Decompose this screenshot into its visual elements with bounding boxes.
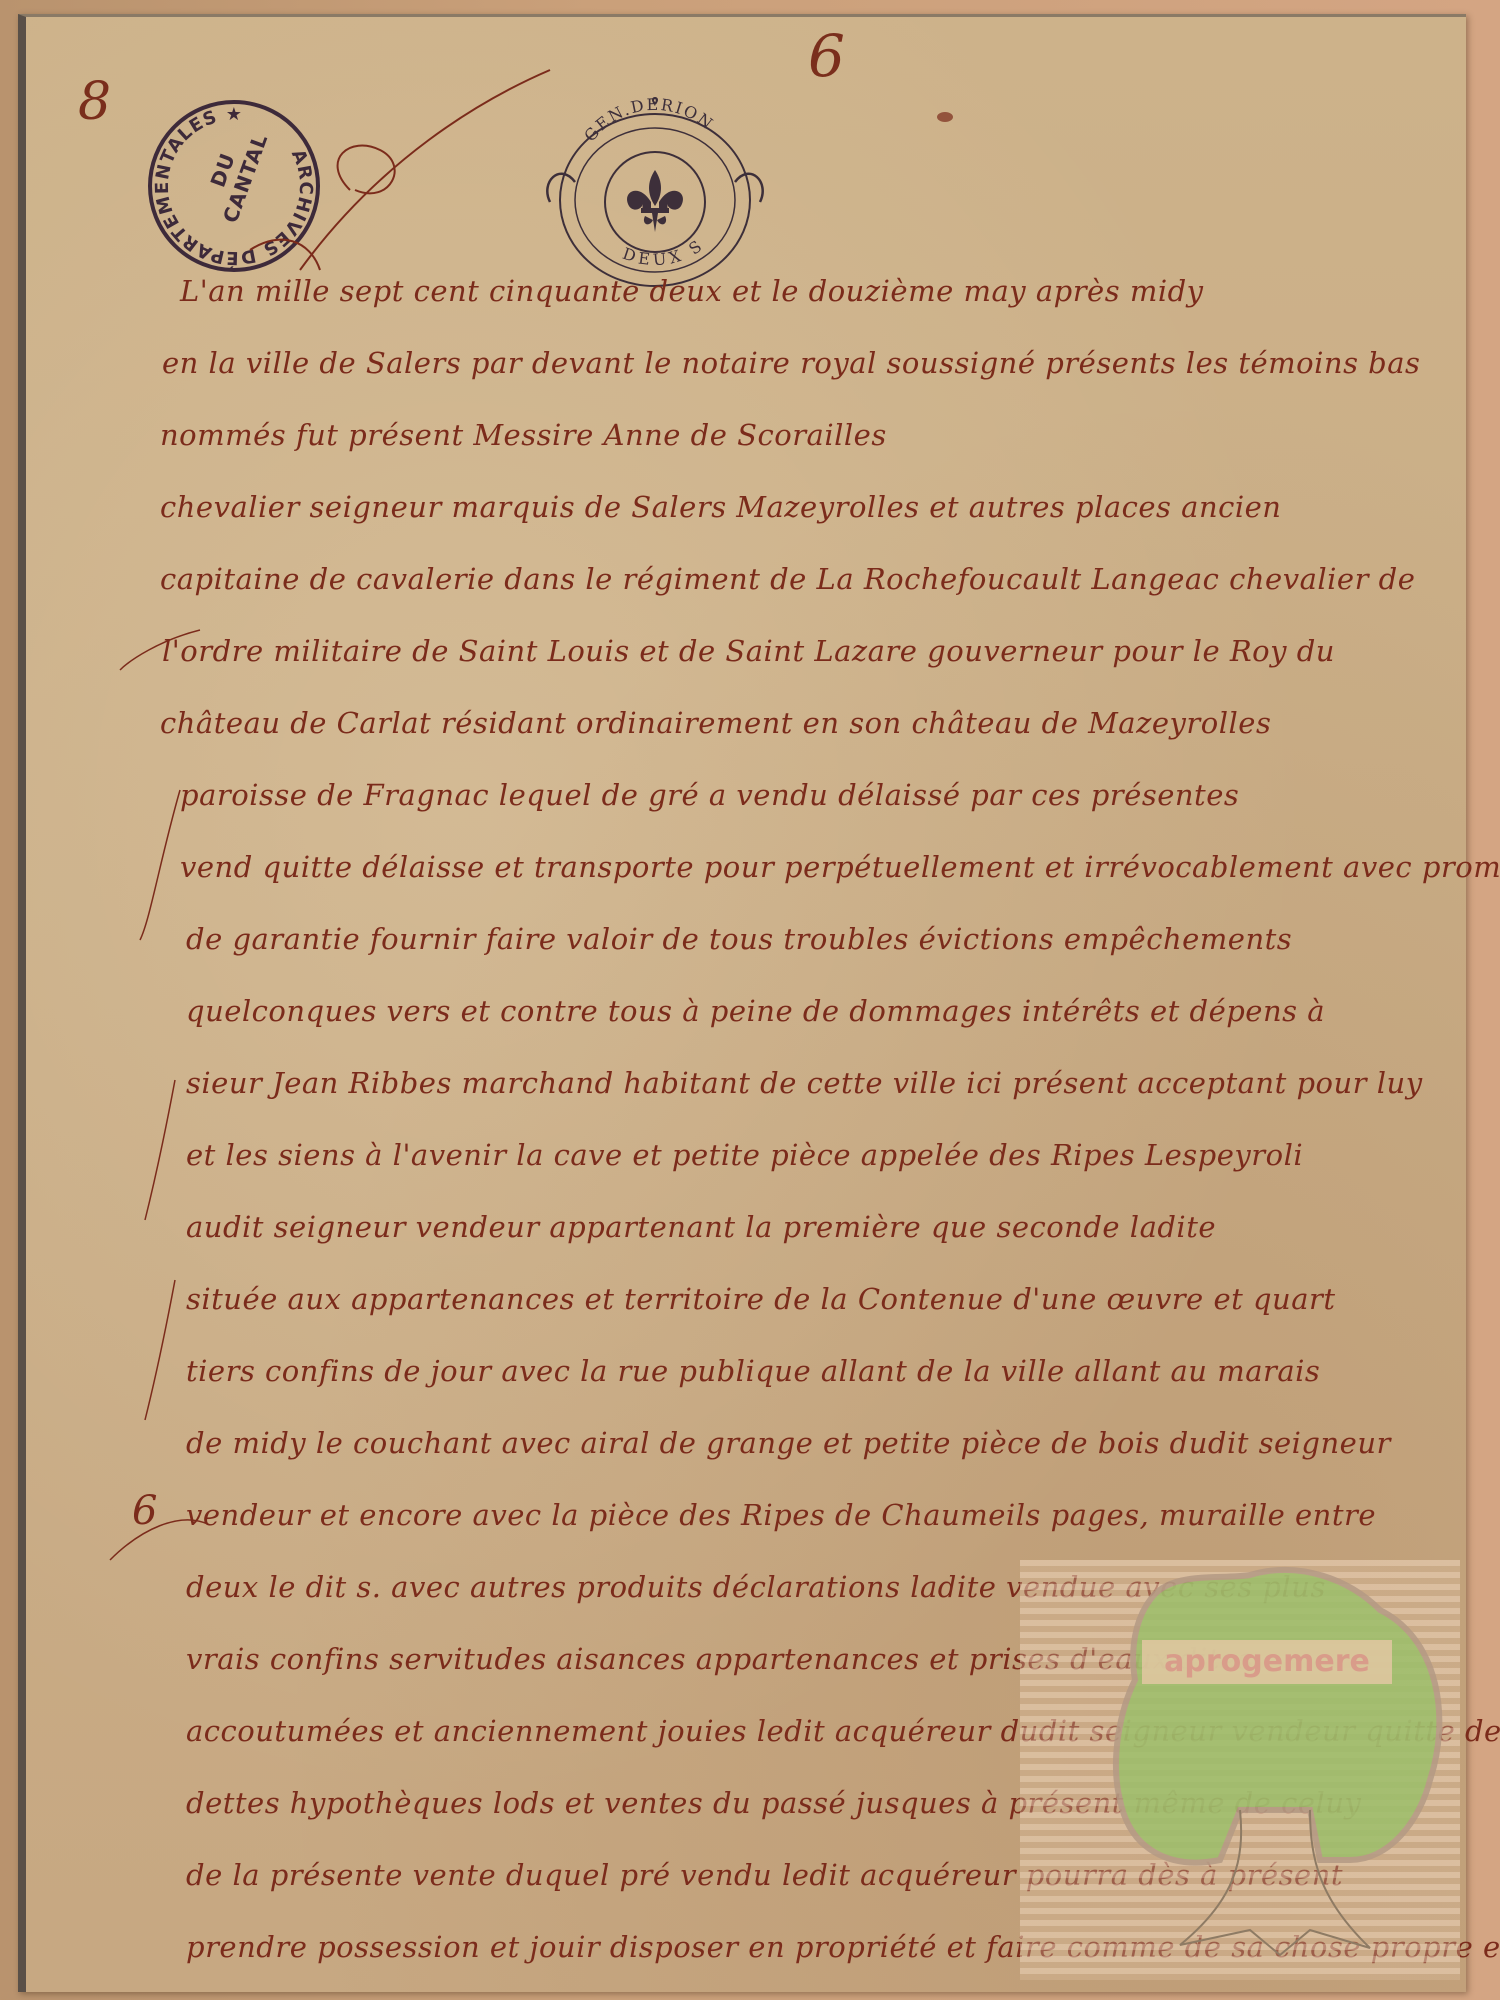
manuscript-line-8: paroisse de Fragnac lequel de gré a vend… [150, 759, 1450, 831]
folio-mark-top-left: 8 [78, 72, 111, 132]
manuscript-line-13: et les siens à l'avenir la cave et petit… [150, 1119, 1450, 1191]
watermark-label: aprogemere [1142, 1640, 1392, 1684]
manuscript-line-3: nommés fut présent Messire Anne de Scora… [150, 399, 1450, 471]
manuscript-line-11: quelconques vers et contre tous à peine … [150, 975, 1450, 1047]
manuscript-line-6: l'ordre militaire de Saint Louis et de S… [150, 615, 1450, 687]
manuscript-line-10: de garantie fournir faire valoir de tous… [150, 903, 1450, 975]
manuscript-line-1: L'an mille sept cent cinquante deux et l… [150, 255, 1450, 327]
fleur-de-lis-icon [627, 170, 683, 232]
manuscript-line-12: sieur Jean Ribbes marchand habitant de c… [150, 1047, 1450, 1119]
manuscript-line-17: de midy le couchant avec airal de grange… [150, 1407, 1450, 1479]
margin-mark-six: 6 [132, 1488, 157, 1534]
manuscript-line-5: capitaine de cavalerie dans le régiment … [150, 543, 1450, 615]
svg-text:GEN.DERION: GEN.DERION [580, 95, 718, 145]
manuscript-line-9: vend quitte délaisse et transporte pour … [150, 831, 1450, 903]
manuscript-line-7: château de Carlat résidant ordinairement… [150, 687, 1450, 759]
watermark: aprogemere [1020, 1560, 1460, 1980]
manuscript-line-16: tiers confins de jour avec la rue publiq… [150, 1335, 1450, 1407]
folio-mark-top-center: 6 [808, 22, 845, 90]
margin-flourish-icon [100, 560, 220, 1660]
tree-icon [1020, 1560, 1460, 1980]
ink-blot [937, 112, 953, 122]
manuscript-line-18: vendeur et encore avec la pièce des Ripe… [150, 1479, 1450, 1551]
manuscript-line-2: en la ville de Salers par devant le nota… [150, 327, 1450, 399]
manuscript-line-14: audit seigneur vendeur appartenant la pr… [150, 1191, 1450, 1263]
manuscript-line-4: chevalier seigneur marquis de Salers Maz… [150, 471, 1450, 543]
manuscript-line-15: située aux appartenances et territoire d… [150, 1263, 1450, 1335]
